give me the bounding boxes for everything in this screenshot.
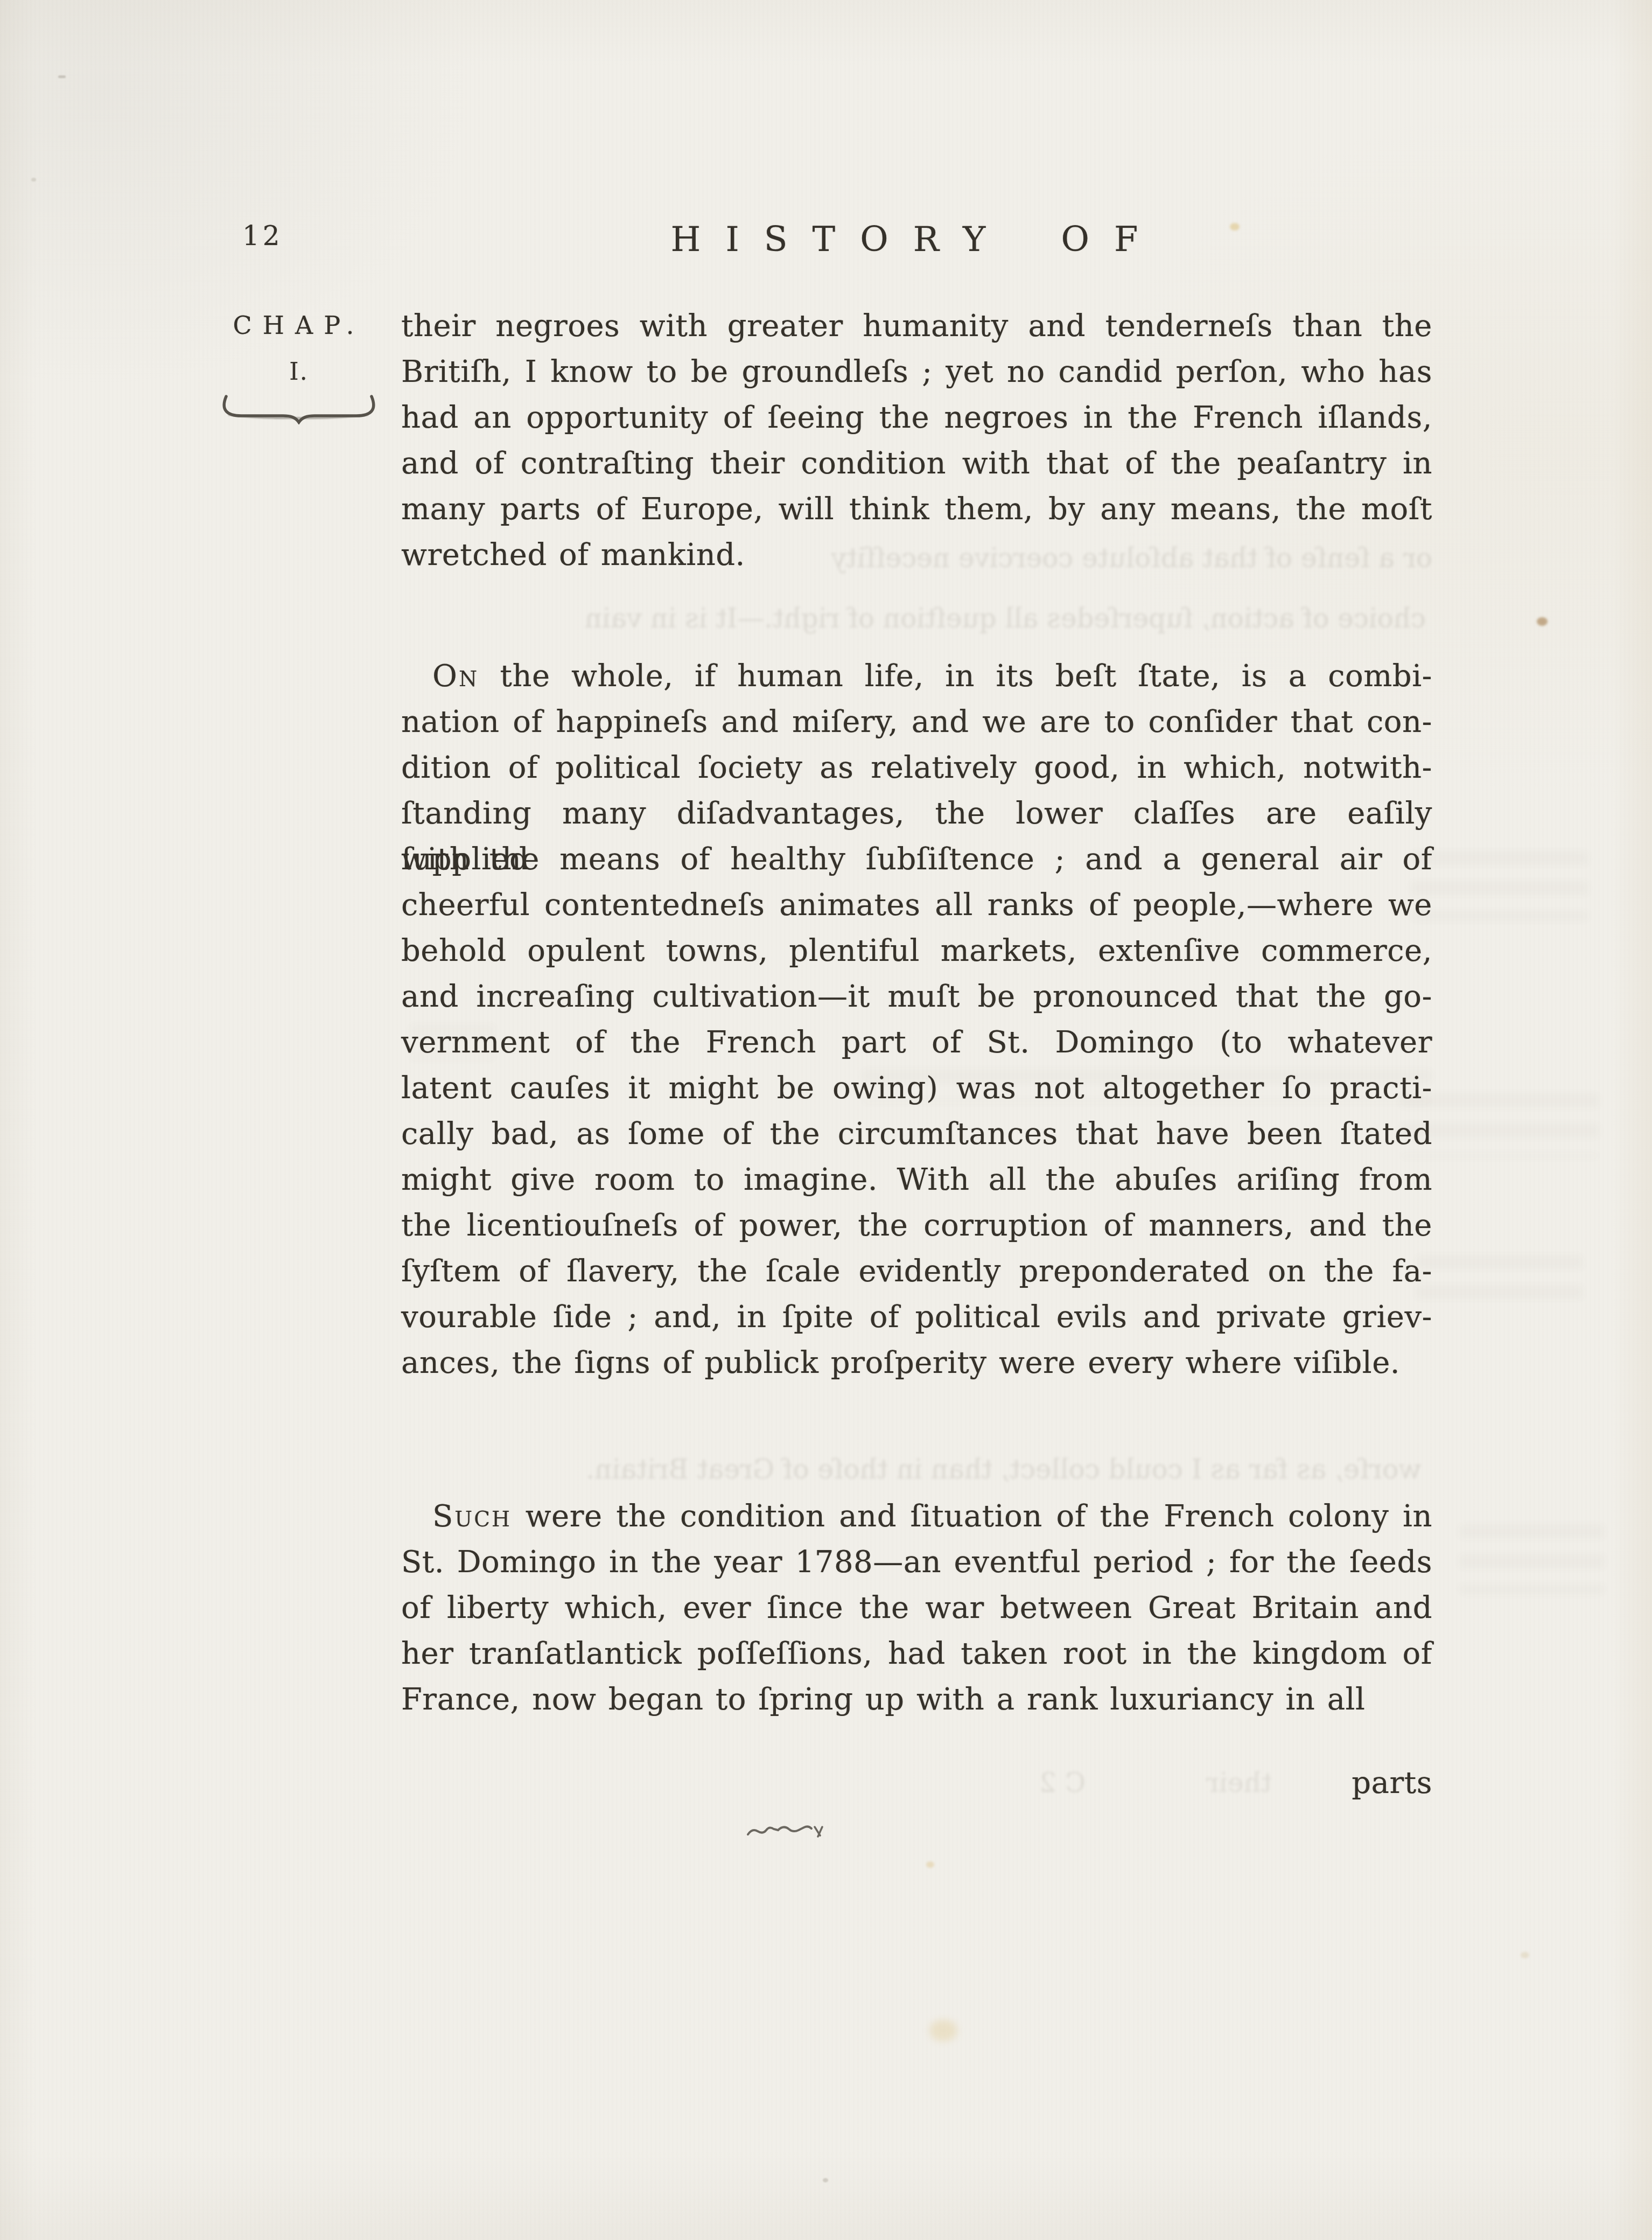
text-line: cally bad, as ſome of the circumſtances … <box>401 1111 1432 1157</box>
foxing-spot <box>1537 617 1548 626</box>
text-line: ances, the ſigns of publick proſperity w… <box>401 1340 1432 1386</box>
foxing-spot <box>1521 1952 1529 1958</box>
text-line: had an opportunity of ſeeing the negroes… <box>401 395 1432 441</box>
text-line: behold opulent towns, plentiful markets,… <box>401 928 1432 974</box>
text-line: dition of political ſociety as relativel… <box>401 745 1432 791</box>
brace-flourish-icon <box>221 393 377 424</box>
text-line: of liberty which, ever ſince the war bet… <box>401 1585 1432 1631</box>
text-line: wretched of mankind. <box>401 532 1432 578</box>
text-line: latent cauſes it might be owing) was not… <box>401 1065 1432 1111</box>
text-line: France, now began to ſpring up with a ra… <box>401 1677 1432 1722</box>
paper-speck <box>58 75 66 78</box>
body-text: their negroes with greater humanity and … <box>401 303 1432 1806</box>
paragraph-2: On the whole, if human life, in its beſt… <box>401 653 1432 1386</box>
showthrough-smudge <box>1411 851 1588 921</box>
showthrough-smudge <box>1416 1255 1583 1314</box>
text-line: many parts of Europe, will think them, b… <box>401 486 1432 532</box>
showthrough-smudge <box>1459 1524 1605 1594</box>
paper-speck <box>31 178 36 182</box>
text-line: On the whole, if human life, in its beſt… <box>401 653 1432 699</box>
text-line: Britiſh, I know to be groundleſs ; yet n… <box>401 349 1432 395</box>
smallcaps-lead-word: On <box>432 659 479 694</box>
catchword: parts <box>401 1760 1432 1806</box>
text-line: and increaſing cultivation—it muſt be pr… <box>401 974 1432 1020</box>
text-line: and of contraſting their condition with … <box>401 441 1432 486</box>
paper-speck <box>823 2178 828 2182</box>
running-head: HISTORY OF <box>401 222 1432 257</box>
smallcaps-lead-word: Such <box>432 1499 512 1534</box>
text-line: their negroes with greater humanity and … <box>401 303 1432 349</box>
text-line: nation of happineſs and miſery, and we a… <box>401 699 1432 745</box>
paragraph-3: Such were the condition and ſituation of… <box>401 1494 1432 1722</box>
handwritten-ink-squiggle <box>746 1823 827 1842</box>
text-line: St. Domingo in the year 1788—an eventful… <box>401 1539 1432 1585</box>
chapter-label-chap: CHAP. <box>215 310 382 340</box>
text-line: the licentiouſneſs of power, the corrupt… <box>401 1203 1432 1248</box>
page-number: 12 <box>242 220 283 252</box>
text-line: cheerful contentedneſs animates all rank… <box>401 882 1432 928</box>
foxing-stain <box>929 2020 957 2041</box>
text-line: with the means of healthy ſubſiſtence ; … <box>401 836 1432 882</box>
chapter-label: CHAP. I. <box>215 310 382 427</box>
text-line: vernment of the French part of St. Domin… <box>401 1020 1432 1065</box>
text-line: vourable ſide ; and, in ſpite of politic… <box>401 1294 1432 1340</box>
text-line: might give room to imagine. With all the… <box>401 1157 1432 1203</box>
foxing-spot <box>926 1861 934 1868</box>
text-line: ſyſtem of ſlavery, the ſcale evidently p… <box>401 1248 1432 1294</box>
text-line: ſtanding many diſadvantages, the lower c… <box>401 791 1432 836</box>
paragraph-1: their negroes with greater humanity and … <box>401 303 1432 578</box>
chapter-label-numeral: I. <box>215 359 382 386</box>
text-line: her tranſatlantick poſſeſſions, had take… <box>401 1631 1432 1677</box>
book-page-scan: 12 HISTORY OF CHAP. I. their negroes wit… <box>0 0 1652 2240</box>
text-line: Such were the condition and ſituation of… <box>401 1494 1432 1539</box>
